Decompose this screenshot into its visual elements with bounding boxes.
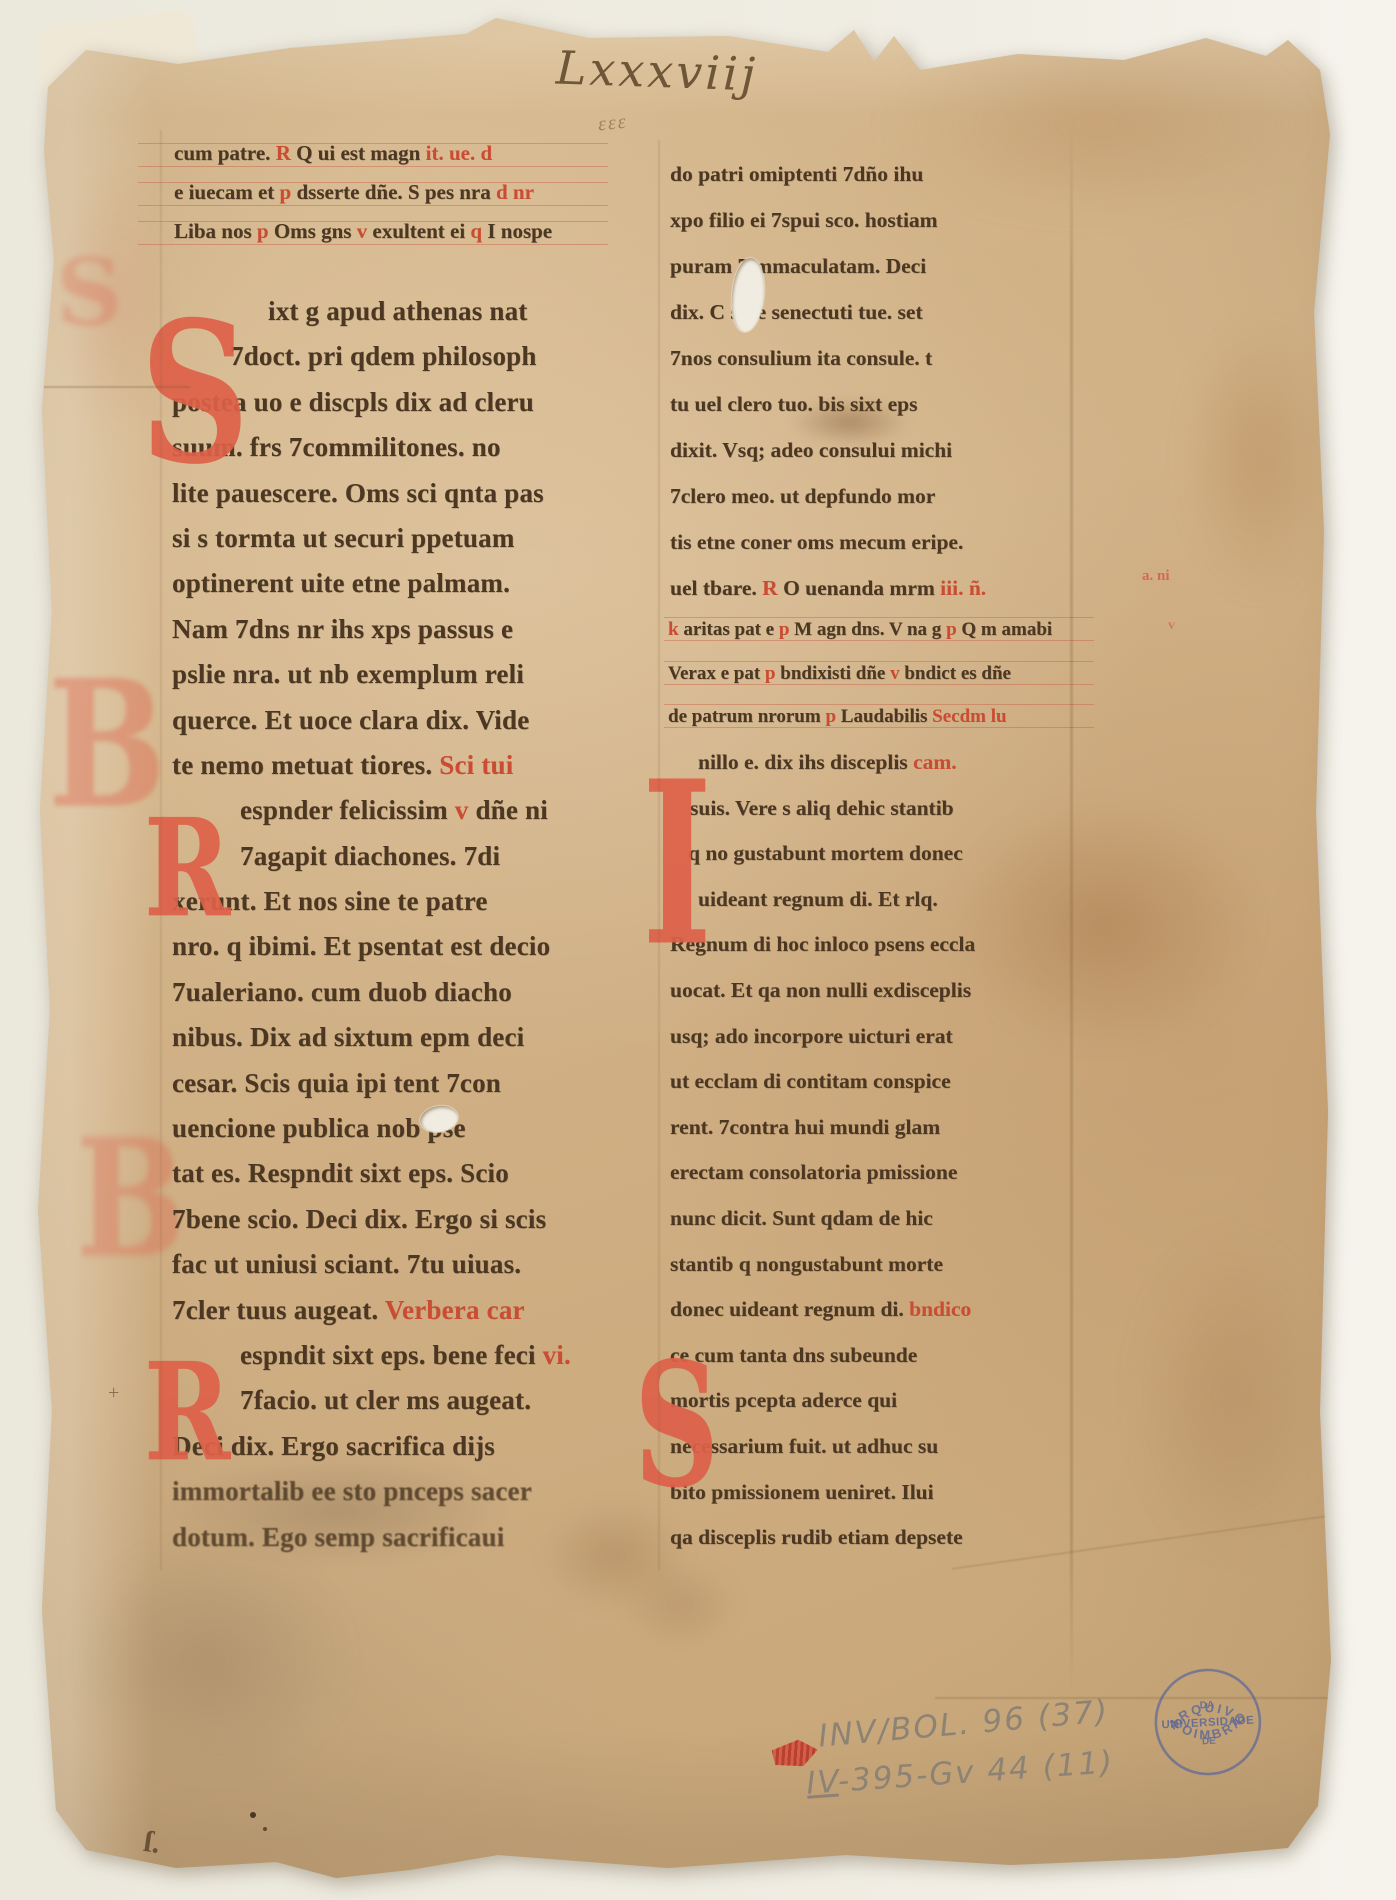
text-segment: p (946, 619, 961, 640)
text-segment: Liba nos (174, 219, 257, 243)
text-segment: iii. ñ. (940, 576, 986, 600)
text-line: 7ualeriano. cum duob diacho (172, 970, 571, 1015)
text-line: pslie nra. ut nb exemplum reli (172, 652, 571, 697)
text-line: cum patre. R Q ui est magn it. ue. d (138, 134, 608, 173)
text-segment: O uenanda mrm (783, 576, 940, 600)
ghost-initial: S (56, 246, 122, 338)
text-segment: v (357, 219, 373, 243)
text-segment: 7doct. pri qdem philosoph (230, 341, 537, 371)
text-line: dotum. Ego semp sacrificaui (172, 1515, 571, 1560)
text-segment: uocat. Et qa non nulli exdisceplis (670, 978, 971, 1002)
text-segment: d nr (496, 180, 534, 204)
text-segment: espndit sixt eps. bene feci (240, 1340, 543, 1370)
text-segment: ut ecclam di contitam conspice (670, 1069, 951, 1093)
text-line: 7agapit diachones. 7di (172, 834, 571, 879)
ink-flourish: εεε (597, 111, 629, 137)
text-line: nillo e. dix ihs disceplis cam. (670, 740, 975, 786)
text-segment: dsserte dñe. S pes nra (296, 180, 496, 204)
text-segment: si s tormta ut securi ppetuam (172, 523, 515, 553)
text-line: suis. Vere s aliq dehic stantib (670, 786, 975, 832)
right-column-versicles: k aritas pat e p M agn dns. V na g p Q m… (664, 608, 1094, 739)
text-segment: p (257, 219, 274, 243)
text-line: 7nos consulium ita consule. t (670, 335, 986, 381)
text-segment: te nemo metuat tiores. (172, 750, 439, 780)
text-segment: xpo filio ei 7spui sco. hostiam (670, 208, 938, 232)
text-segment: 7agapit diachones. 7di (240, 841, 500, 871)
text-line: puram 7immaculatam. Deci (670, 243, 986, 289)
text-segment: pslie nra. ut nb exemplum reli (172, 659, 524, 689)
text-segment: Secdm lu (932, 706, 1006, 727)
text-segment: cam. (913, 750, 957, 774)
text-segment: Q m amabi (961, 619, 1052, 640)
parchment-leaf: Lxxxviij εεε B B S cum patre. R Q ui est… (0, 0, 1396, 1900)
text-segment: v (890, 663, 904, 684)
text-segment: q (470, 219, 487, 243)
text-segment: 7clero meo. ut depfundo mor (670, 484, 935, 508)
text-segment: do patri omiptenti 7dño ihu (670, 162, 923, 186)
text-line: tu uel clero tuo. bis sixt eps (670, 381, 986, 427)
text-line: erectam consolatoria pmissione (670, 1150, 975, 1196)
text-segment: Laudabilis (841, 706, 932, 727)
text-segment: qa disceplis rudib etiam depsete (670, 1525, 963, 1549)
text-line: nro. q ibimi. Et psentat est decio (172, 924, 571, 969)
stain (950, 800, 1260, 1050)
text-segment: Q ui est magn (296, 141, 420, 165)
text-segment: R (762, 576, 783, 600)
text-segment: donec uideant regnum di. (670, 1297, 909, 1321)
red-margin-note: v (1168, 618, 1175, 634)
text-line: stantib q nongustabunt morte (670, 1242, 975, 1288)
stain (620, 1560, 740, 1650)
text-segment: p (765, 663, 780, 684)
text-segment: optinerent uite etne palmam. (172, 568, 510, 598)
text-segment: erectam consolatoria pmissione (670, 1160, 957, 1184)
red-margin-note: a. ni (1142, 568, 1170, 585)
text-segment: it. ue. d (420, 141, 492, 165)
text-segment: 7bene scio. Deci dix. Ergo si scis (172, 1204, 546, 1234)
text-segment: Regnum di hoc inloco psens eccla (670, 932, 975, 956)
text-segment: dotum. Ego semp sacrificaui (172, 1522, 504, 1552)
text-line: 7bene scio. Deci dix. Ergo si scis (172, 1197, 571, 1242)
text-segment: q no gustabunt mortem donec (688, 841, 963, 865)
text-segment: uideant regnum di. Et rlq. (698, 887, 938, 911)
manuscript-photo: Lxxxviij εεε B B S cum patre. R Q ui est… (0, 0, 1396, 1900)
text-line: do patri omiptenti 7dño ihu (670, 151, 986, 197)
fold-crease (935, 1697, 1335, 1699)
text-line: usq; ado incorpore uicturi erat (670, 1014, 975, 1060)
text-segment: 7cler tuus augeat. (172, 1295, 385, 1325)
text-line: uel tbare. R O uenanda mrm iii. ñ. (670, 565, 986, 611)
text-segment: querce. Et uoce clara dix. Vide (172, 705, 529, 735)
text-segment: dñe ni (475, 795, 547, 825)
text-segment: Nam 7dns nr ihs xps passus e (172, 614, 513, 644)
folio-number: Lxxxviij (555, 40, 759, 101)
text-segment: 7ualeriano. cum duob diacho (172, 977, 512, 1007)
text-line: dix. C sule senectuti tue. set (670, 289, 986, 335)
text-line: si s tormta ut securi ppetuam (172, 516, 571, 561)
text-segment: 7nos consulium ita consule. t (670, 346, 932, 370)
text-line: uideant regnum di. Et rlq. (670, 877, 975, 923)
text-segment: Verbera car (385, 1295, 525, 1325)
text-line: Deci dix. Ergo sacrifica dijs (172, 1424, 571, 1469)
text-segment: k (668, 619, 683, 640)
archive-stamp: ARQUIVO DA UNIVERSIDADE DE COIMBRA (1143, 1657, 1274, 1792)
text-line: Liba nos p Oms gns v exultent ei q I nos… (138, 212, 608, 251)
stain (1180, 320, 1340, 600)
fold-crease (1070, 130, 1073, 1690)
text-segment: nibus. Dix ad sixtum epm deci (172, 1022, 524, 1052)
text-segment: de patrum nrorum (668, 706, 825, 727)
leaf-shadow: Lxxxviij εεε B B S cum patre. R Q ui est… (0, 0, 1396, 1900)
left-column-versicles: cum patre. R Q ui est magn it. ue. de iu… (138, 134, 608, 251)
text-segment: usq; ado incorpore uicturi erat (670, 1024, 953, 1048)
text-line: te nemo metuat tiores. Sci tui (172, 743, 571, 788)
text-segment: aritas pat e (683, 619, 779, 640)
fold-crease (952, 1512, 1348, 1570)
text-line: immortalib ee sto pnceps sacer (172, 1469, 571, 1514)
text-line: nibus. Dix ad sixtum epm deci (172, 1015, 571, 1060)
text-segment: nunc dicit. Sunt qdam de hic (670, 1206, 933, 1230)
initial-S-sixtus: S (140, 296, 250, 491)
stain (1130, 1230, 1330, 1560)
text-segment: Oms gns (274, 219, 357, 243)
text-segment: rent. 7contra hui mundi glam (670, 1115, 940, 1139)
text-segment: suis. Vere s aliq dehic stantib (690, 796, 954, 820)
initial-R-respondit-2: R (144, 1345, 230, 1480)
text-line: ut ecclam di contitam conspice (670, 1059, 975, 1105)
text-line: 7cler tuus augeat. Verbera car (172, 1288, 571, 1333)
text-line: tat es. Respndit sixt eps. Scio (172, 1151, 571, 1196)
text-line: Verax e pat p bndixisti dñe v bndict es … (664, 652, 1094, 696)
text-segment: 7facio. ut cler ms augeat. (240, 1385, 531, 1415)
text-segment: stantib q nongustabunt morte (670, 1252, 943, 1276)
text-segment: ixt g apud athenas nat (268, 296, 527, 326)
text-line: nunc dicit. Sunt qdam de hic (670, 1196, 975, 1242)
text-line: e iuecam et p dsserte dñe. S pes nra d n… (138, 173, 608, 212)
text-segment: e iuecam et (174, 180, 280, 204)
text-segment: nillo e. dix ihs disceplis (698, 750, 913, 774)
initial-R-respondit: R (144, 801, 230, 936)
text-line: xpo filio ei 7spui sco. hostiam (670, 197, 986, 243)
stain (70, 1540, 350, 1780)
text-line: uencione publica nob pse (172, 1106, 571, 1151)
text-line: espndit sixt eps. bene feci vi. (172, 1333, 571, 1378)
text-segment: bndixisti dñe (780, 663, 890, 684)
text-segment: exultent ei (372, 219, 470, 243)
text-line: 7clero meo. ut depfundo mor (670, 473, 986, 519)
right-column-text-upper: do patri omiptenti 7dño ihuxpo filio ei … (670, 151, 986, 611)
text-line: querce. Et uoce clara dix. Vide (172, 698, 571, 743)
text-segment: bndico (909, 1297, 971, 1321)
stamp-text-da: DA (1200, 1700, 1215, 1712)
text-line: tis etne coner oms mecum eripe. (670, 519, 986, 565)
text-line: Nam 7dns nr ihs xps passus e (172, 607, 571, 652)
text-segment: p (825, 706, 840, 727)
pencil-inventory-1: INV/BOL. 96 (37) (817, 1693, 1111, 1754)
ink-dot (250, 1812, 256, 1818)
margin-cross-mark: + (108, 1382, 119, 1405)
text-segment: fac ut uniusi sciant. 7tu uiuas. (172, 1249, 521, 1279)
pencil-underlined-numeral: IV (805, 1764, 839, 1802)
text-line: Regnum di hoc inloco psens eccla (670, 922, 975, 968)
text-segment: p (280, 180, 297, 204)
text-segment: dixit. Vsq; adeo consului michi (670, 438, 952, 462)
text-segment: M agn dns. V na g (794, 619, 946, 640)
text-segment: Verax e pat (668, 663, 765, 684)
text-segment: uel tbare. (670, 576, 762, 600)
text-segment: cum patre. (174, 141, 276, 165)
text-segment: vi. (543, 1340, 571, 1370)
bottom-margin-mark: ſ. (142, 1825, 162, 1861)
text-segment: p (779, 619, 794, 640)
text-segment: bndict es dñe (904, 663, 1011, 684)
text-segment: tu uel clero tuo. bis sixt eps (670, 392, 917, 416)
text-segment: Sci tui (439, 750, 513, 780)
text-segment: v (455, 795, 476, 825)
initial-S-sed: S (634, 1340, 719, 1511)
text-segment: dix. C sule senectuti tue. set (670, 300, 923, 324)
text-line: rent. 7contra hui mundi glam (670, 1105, 975, 1151)
pencil-inventory-2: IV-395-Gv 44 (11) (805, 1744, 1115, 1801)
text-segment: I nospe (487, 219, 552, 243)
text-line: k aritas pat e p M agn dns. V na g p Q m… (664, 608, 1094, 652)
text-line: 7facio. ut cler ms augeat. (172, 1378, 571, 1423)
initial-I-in-illo: I (642, 752, 712, 977)
text-segment: puram 7immaculatam. Deci (670, 254, 926, 278)
stamp-graphic: ARQUIVO DA UNIVERSIDADE DE COIMBRA (1143, 1657, 1273, 1787)
text-segment: tis etne coner oms mecum eripe. (670, 530, 963, 554)
text-segment: espnder felicissim (240, 795, 455, 825)
text-line: optinerent uite etne palmam. (172, 561, 571, 606)
text-line: xerunt. Et nos sine te patre (172, 879, 571, 924)
text-line: cesar. Scis quia ipi tent 7con (172, 1061, 571, 1106)
text-line: dixit. Vsq; adeo consului michi (670, 427, 986, 473)
text-line: uocat. Et qa non nulli exdisceplis (670, 968, 975, 1014)
text-line: fac ut uniusi sciant. 7tu uiuas. (172, 1242, 571, 1287)
text-segment: cesar. Scis quia ipi tent 7con (172, 1068, 501, 1098)
text-segment: R (276, 141, 296, 165)
pencil-shelfmark: -395-Gv 44 (11) (837, 1744, 1116, 1799)
ghost-initial: B (76, 1118, 186, 1281)
ink-dot (263, 1827, 267, 1831)
text-line: de patrum nrorum p Laudabilis Secdm lu (664, 695, 1094, 739)
text-segment: tat es. Respndit sixt eps. Scio (172, 1158, 509, 1188)
text-line: q no gustabunt mortem donec (670, 831, 975, 877)
text-line: espnder felicissim v dñe ni (172, 788, 571, 833)
